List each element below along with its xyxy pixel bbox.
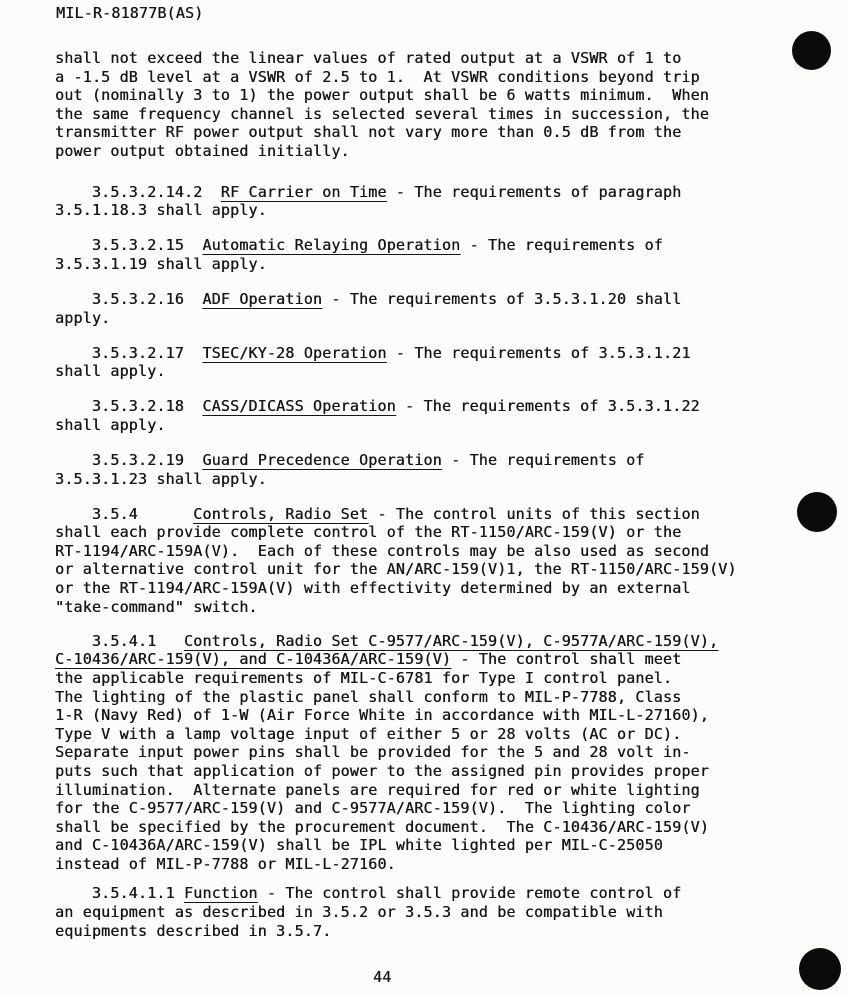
para-prefix: 3.5.3.2.16 <box>55 290 202 308</box>
para-prefix: 3.5.4.1 <box>55 632 184 650</box>
para-prefix: 3.5.3.2.15 <box>55 236 202 254</box>
para-prefix: 3.5.4.1.1 <box>55 884 184 902</box>
section-title: RF Carrier on Time <box>221 183 387 201</box>
section-title: ADF Operation <box>202 290 322 308</box>
paragraph-3-5-3-2-18-cass-dicass: 3.5.3.2.18 CASS/DICASS Operation - The r… <box>55 397 795 434</box>
paragraph-3-5-4-controls-radio-set: 3.5.4 Controls, Radio Set - The control … <box>55 505 795 617</box>
hole-punch-mark-top <box>792 31 831 70</box>
paragraph-3-5-3-2-17-tsec-ky-28: 3.5.3.2.17 TSEC/KY-28 Operation - The re… <box>55 344 795 381</box>
paragraph-3-5-3-2-19-guard-precedence: 3.5.3.2.19 Guard Precedence Operation - … <box>55 451 795 488</box>
document-id-header: MIL-R-81877B(AS) <box>56 4 203 23</box>
para-prefix: 3.5.4 <box>55 505 193 523</box>
paragraph-3-5-3-2-14-2-rf-carrier-on-time: 3.5.3.2.14.2 RF Carrier on Time - The re… <box>55 183 795 220</box>
para-prefix: 3.5.3.2.14.2 <box>55 183 221 201</box>
paragraph-3-5-3-2-15-automatic-relaying: 3.5.3.2.15 Automatic Relaying Operation … <box>55 236 795 273</box>
page-number: 44 <box>373 968 391 987</box>
document-body: shall not exceed the linear values of ra… <box>55 22 795 940</box>
paragraph-3-5-4-1-1-function: 3.5.4.1.1 Function - The control shall p… <box>55 884 795 940</box>
hole-punch-mark-middle <box>797 492 837 532</box>
paragraph-vswr-power-output: shall not exceed the linear values of ra… <box>55 49 795 161</box>
para-text: shall not exceed the linear values of ra… <box>55 49 709 160</box>
paragraph-3-5-3-2-16-adf-operation: 3.5.3.2.16 ADF Operation - The requireme… <box>55 290 795 327</box>
section-title: TSEC/KY-28 Operation <box>202 344 386 362</box>
section-title-continued: C-10436/ARC-159(V), and C-10436A/ARC-159… <box>55 650 451 668</box>
hole-punch-mark-bottom <box>799 948 841 990</box>
para-prefix: 3.5.3.2.19 <box>55 451 202 469</box>
document-page: MIL-R-81877B(AS) shall not exceed the li… <box>0 0 847 995</box>
section-title: Controls, Radio Set C-9577/ARC-159(V), C… <box>184 632 718 650</box>
paragraph-3-5-4-1-controls-radio-set-models: 3.5.4.1 Controls, Radio Set C-9577/ARC-1… <box>55 632 795 874</box>
section-title: Function <box>184 884 258 902</box>
section-title: Controls, Radio Set <box>193 505 368 523</box>
para-prefix: 3.5.3.2.17 <box>55 344 202 362</box>
section-title: CASS/DICASS Operation <box>202 397 395 415</box>
para-prefix: 3.5.3.2.18 <box>55 397 202 415</box>
section-title: Guard Precedence Operation <box>202 451 441 469</box>
para-text: - The control shall meet the applicable … <box>55 650 709 873</box>
section-title: Automatic Relaying Operation <box>202 236 460 254</box>
